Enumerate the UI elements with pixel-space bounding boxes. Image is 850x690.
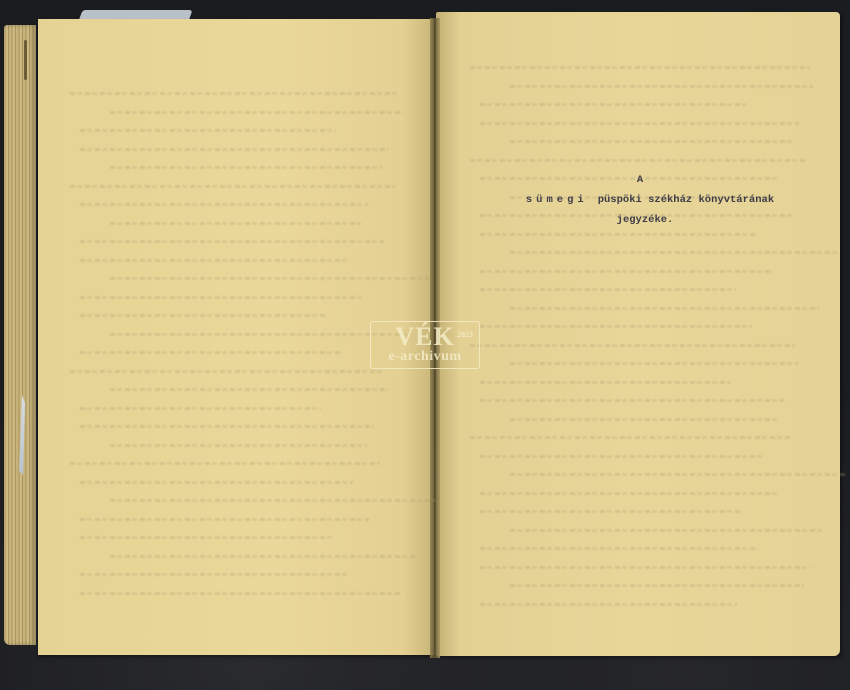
bleed-line	[480, 288, 736, 291]
bleed-line	[80, 592, 401, 595]
bleed-line	[80, 351, 342, 354]
bleed-line	[480, 325, 752, 328]
bleed-line	[110, 166, 382, 169]
title-word-sumegi: sümegi	[526, 190, 588, 210]
bleed-line	[110, 222, 361, 225]
bleed-line	[510, 362, 798, 365]
bleed-line	[480, 103, 746, 106]
bleed-line	[470, 344, 795, 347]
bleed-line	[510, 140, 792, 143]
title-words-library: püspöki székház könyvtárának	[598, 190, 774, 210]
bleed-line	[80, 481, 353, 484]
bleed-line	[80, 536, 332, 539]
bleed-line	[480, 492, 779, 495]
bleed-line	[480, 381, 731, 384]
bleed-line	[80, 573, 348, 576]
bleed-line	[110, 499, 436, 502]
bleed-line	[480, 603, 737, 606]
watermark-year: 2023	[457, 330, 473, 339]
archive-watermark: VÉK 2023 e-archivum	[370, 321, 480, 369]
bleed-line	[80, 148, 389, 151]
bleed-line	[470, 436, 790, 439]
bleed-line	[510, 529, 825, 532]
bleed-line	[80, 259, 347, 262]
bleed-line	[110, 277, 430, 280]
bleed-line	[470, 66, 810, 69]
open-book: A sümegi püspöki székház könyvtárának je…	[0, 0, 850, 690]
bleed-line	[70, 370, 385, 373]
bleed-line	[80, 407, 321, 410]
bleed-line	[510, 418, 777, 421]
bleed-line	[110, 111, 403, 114]
bleed-line	[470, 159, 805, 162]
bleed-line	[80, 425, 374, 428]
title-line-2: sümegi püspöki székház könyvtárának	[470, 190, 790, 210]
bleed-line	[510, 307, 819, 310]
bleed-line	[80, 240, 384, 243]
bleed-line	[70, 92, 400, 95]
bleed-line	[80, 518, 369, 521]
bleed-line	[70, 462, 380, 465]
paper-tear	[19, 395, 25, 475]
bleed-line	[110, 444, 367, 447]
bleed-line	[110, 388, 388, 391]
bleed-line	[510, 85, 813, 88]
watermark-subtitle: e-archivum	[371, 350, 479, 364]
bleed-line	[510, 584, 804, 587]
bleed-line	[80, 314, 326, 317]
bleed-line	[480, 122, 799, 125]
title-line-1: A	[470, 170, 790, 190]
bleed-line	[110, 333, 409, 336]
bleed-line	[510, 251, 840, 254]
bleed-line	[480, 399, 784, 402]
bleed-line	[480, 455, 763, 458]
bleed-line	[480, 270, 773, 273]
bleed-line	[80, 296, 363, 299]
bleed-line	[480, 566, 811, 569]
bleed-line	[480, 510, 742, 513]
document-title: A sümegi püspöki székház könyvtárának je…	[470, 170, 790, 230]
bleed-line	[80, 203, 368, 206]
edge-stain	[24, 40, 27, 80]
bleed-line	[70, 185, 395, 188]
bleed-line	[510, 473, 846, 476]
bleed-line	[80, 129, 336, 132]
bleed-line	[480, 233, 757, 236]
right-page	[436, 12, 840, 656]
bleed-line	[480, 547, 758, 550]
title-line-3: jegyzéke.	[470, 210, 790, 230]
book-fore-edge	[4, 25, 36, 645]
bleed-line	[110, 555, 415, 558]
